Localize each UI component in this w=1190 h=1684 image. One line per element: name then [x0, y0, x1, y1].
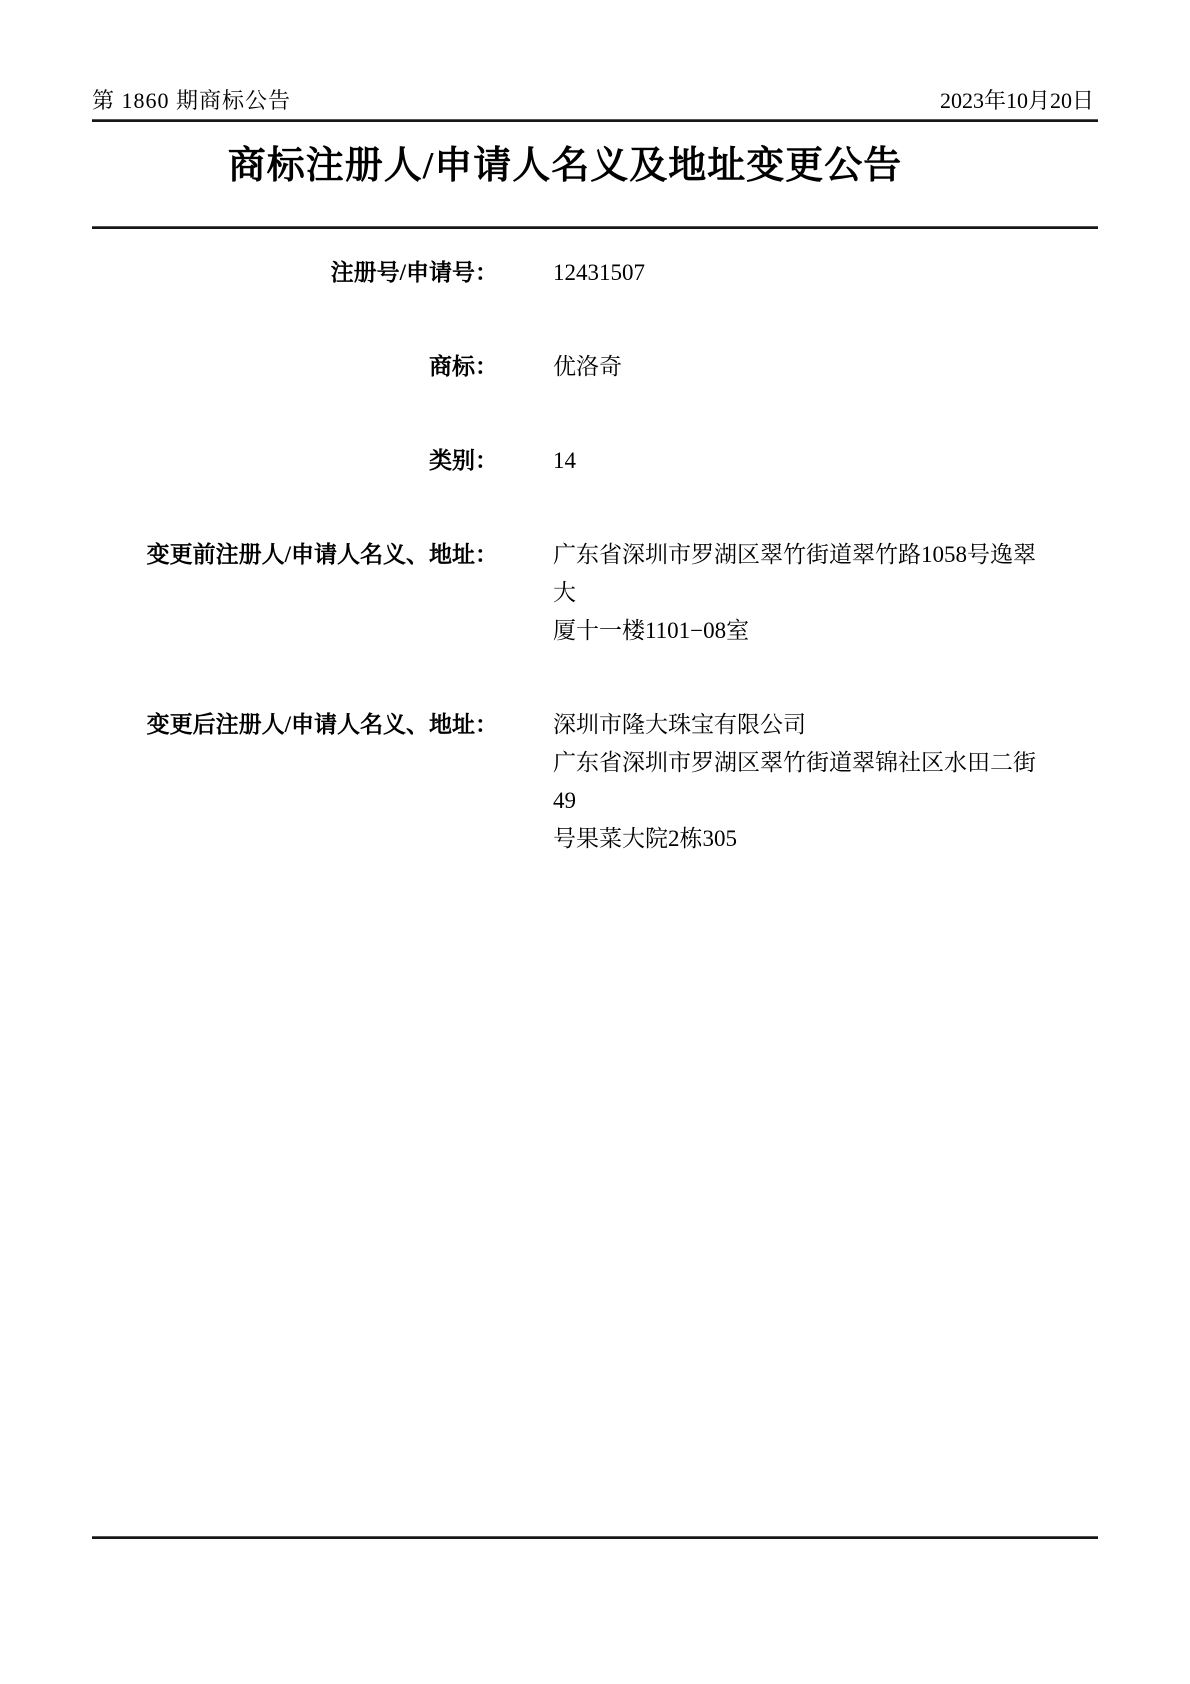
gazette-issue-label: 第 1860 期商标公告 — [92, 84, 291, 115]
registration-number-value: 12431507 — [553, 254, 1058, 292]
announcement-fields: 注册号/申请号： 12431507 商标： 优洛奇 类别： 14 变更前注册人/… — [92, 254, 1098, 914]
field-row-registration-number: 注册号/申请号： 12431507 — [92, 254, 1098, 292]
field-row-trademark-name: 商标： 优洛奇 — [92, 348, 1098, 386]
header-divider — [92, 119, 1098, 122]
before-change-value: 广东省深圳市罗湖区翠竹街道翠竹路1058号逸翠大 厦十一楼1101−08室 — [553, 536, 1058, 650]
field-row-before-change: 变更前注册人/申请人名义、地址： 广东省深圳市罗湖区翠竹街道翠竹路1058号逸翠… — [92, 536, 1098, 650]
registration-number-label: 注册号/申请号： — [92, 254, 498, 292]
after-change-label: 变更后注册人/申请人名义、地址： — [92, 706, 498, 744]
title-divider — [92, 226, 1098, 229]
class-value: 14 — [553, 442, 1058, 480]
footer-divider — [92, 1536, 1098, 1539]
field-row-class: 类别： 14 — [92, 442, 1098, 480]
class-label: 类别： — [92, 442, 498, 480]
page-title: 商标注册人/申请人名义及地址变更公告 — [0, 134, 1130, 189]
after-change-value: 深圳市隆大珠宝有限公司 广东省深圳市罗湖区翠竹街道翠锦社区水田二街49 号果菜大… — [553, 706, 1058, 858]
gazette-date: 2023年10月20日 — [940, 84, 1094, 115]
trademark-name-value: 优洛奇 — [553, 348, 1058, 386]
trademark-gazette-page: 第 1860 期商标公告 2023年10月20日 商标注册人/申请人名义及地址变… — [0, 0, 1190, 1684]
before-change-label: 变更前注册人/申请人名义、地址： — [92, 536, 498, 574]
field-row-after-change: 变更后注册人/申请人名义、地址： 深圳市隆大珠宝有限公司 广东省深圳市罗湖区翠竹… — [92, 706, 1098, 858]
trademark-name-label: 商标： — [92, 348, 498, 386]
